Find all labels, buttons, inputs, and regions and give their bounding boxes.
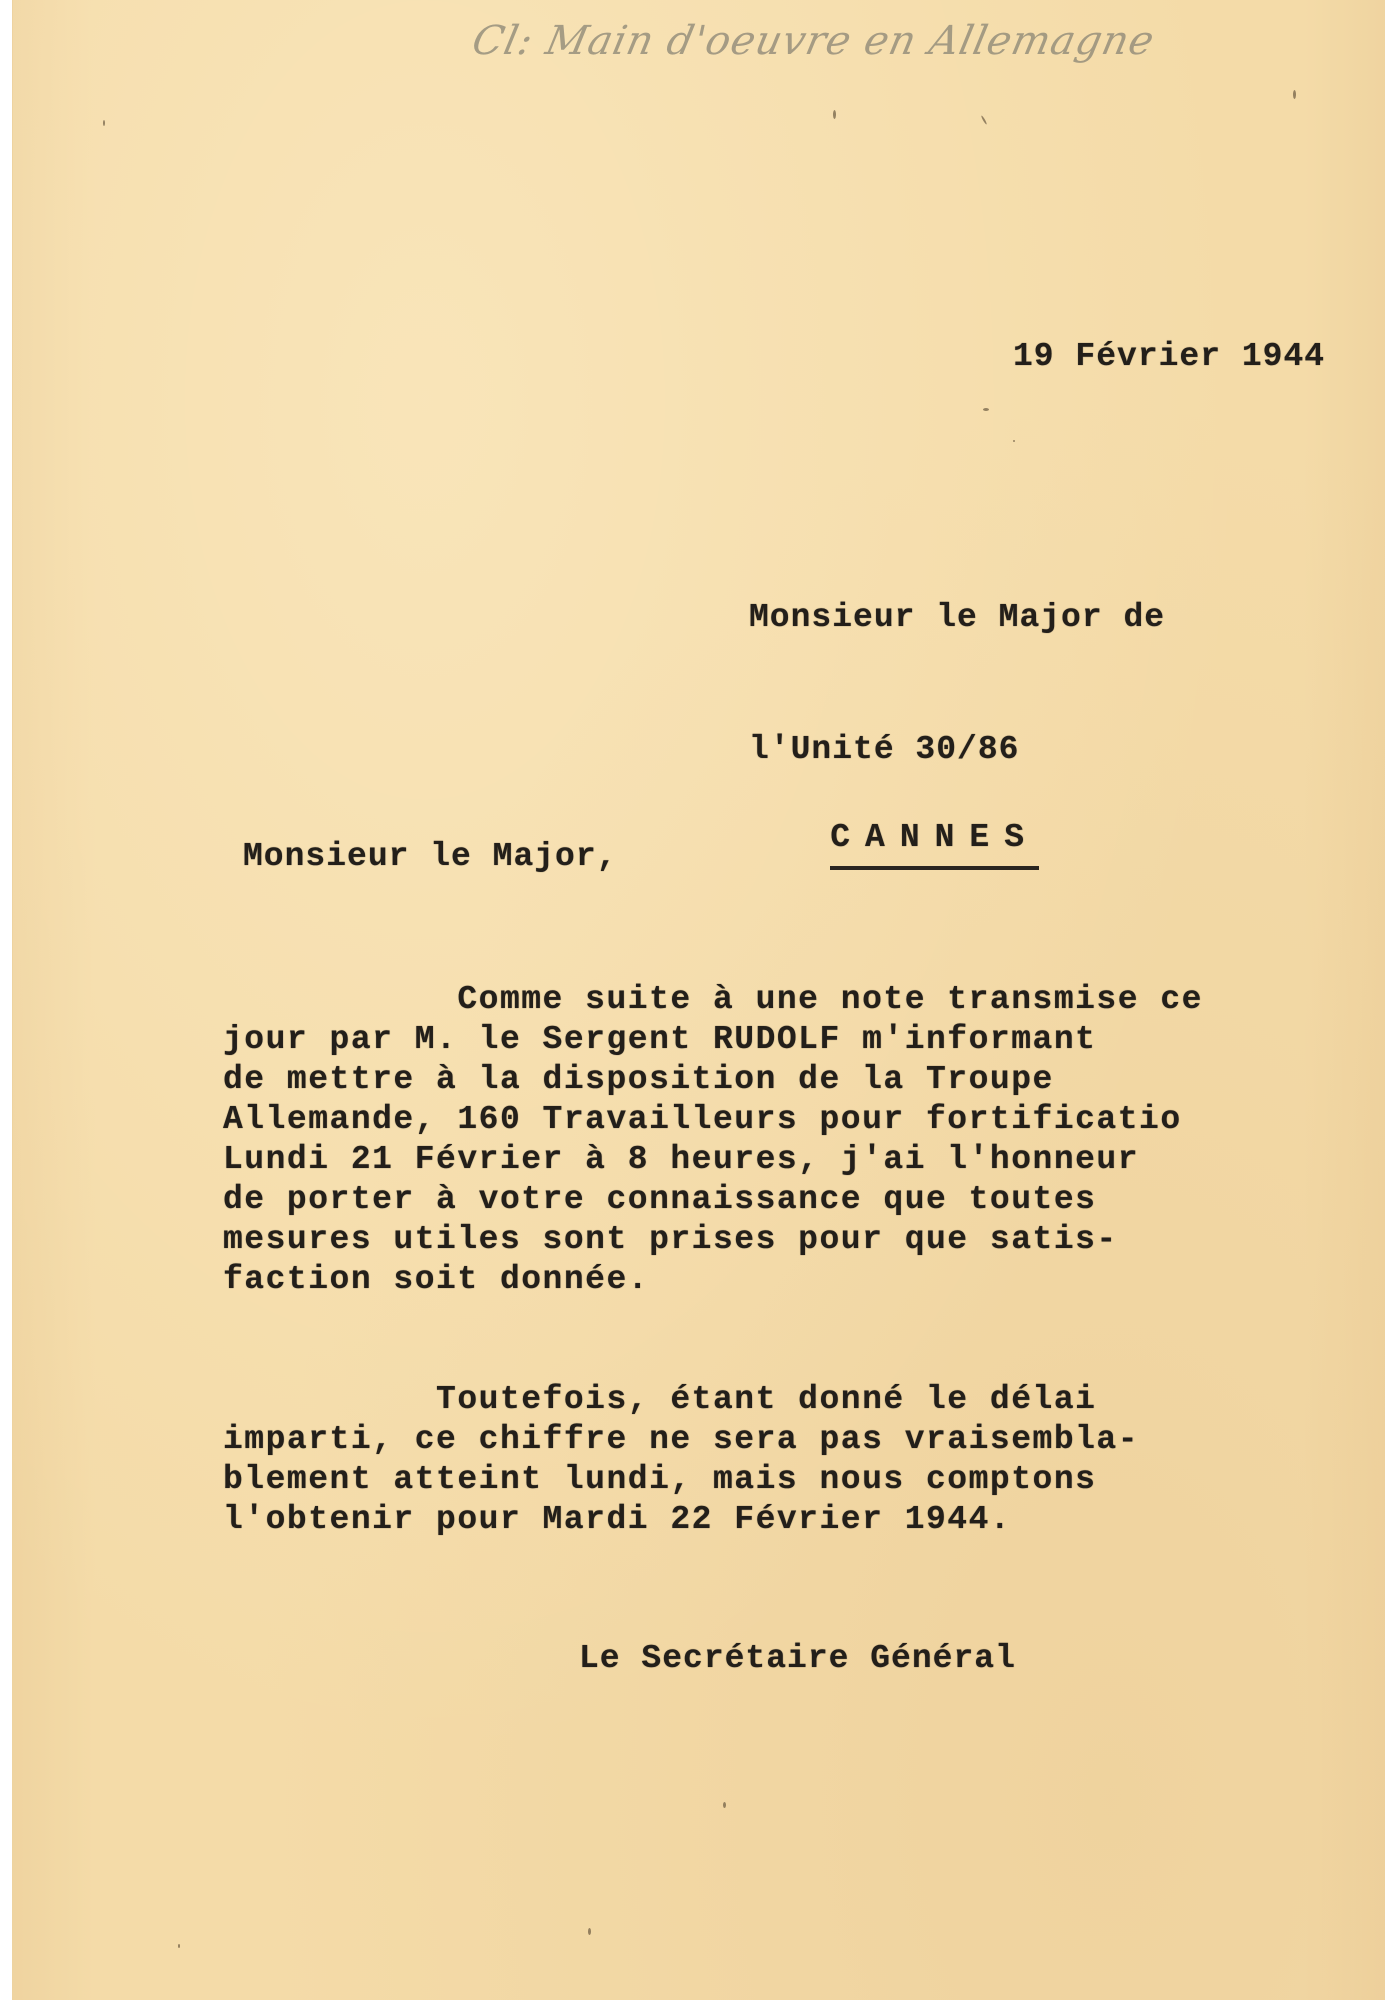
paragraph-line: Toutefois, étant donné le délai (223, 1380, 1139, 1420)
body-paragraph-2: Toutefois, étant donné le délai imparti,… (223, 1380, 1139, 1540)
paper-speck (983, 408, 989, 411)
paper-speck (103, 120, 105, 126)
paragraph-line: mesures utiles sont prises pour que sati… (223, 1220, 1203, 1260)
paragraph-line: blement atteint lundi, mais nous compton… (223, 1460, 1139, 1500)
signature-line: Le Secrétaire Général (579, 1640, 1016, 1677)
letter-page: Cl: Main d'oeuvre en Allemagne 19 Févrie… (12, 0, 1385, 2000)
paragraph-line: jour par M. le Sergent RUDOLF m'informan… (223, 1020, 1203, 1060)
paper-speck (1293, 90, 1296, 99)
paragraph-line: imparti, ce chiffre ne sera pas vraisemb… (223, 1420, 1139, 1460)
paragraph-line: Lundi 21 Février à 8 heures, j'ai l'honn… (223, 1140, 1203, 1180)
letter-date: 19 Février 1944 (1013, 338, 1325, 375)
paper-speck (981, 115, 988, 125)
paragraph-line: Allemande, 160 Travailleurs pour fortifi… (223, 1100, 1203, 1140)
recipient-city: CANNES (830, 816, 1039, 870)
paragraph-line: de mettre à la disposition de la Troupe (223, 1060, 1203, 1100)
recipient-line-1: Monsieur le Major de (749, 596, 1165, 640)
paper-speck (178, 1944, 180, 1948)
salutation: Monsieur le Major, (243, 838, 617, 875)
paragraph-line: l'obtenir pour Mardi 22 Février 1944. (223, 1500, 1139, 1540)
paper-speck (588, 1928, 591, 1935)
paragraph-line: faction soit donnée. (223, 1260, 1203, 1300)
paper-speck (723, 1802, 726, 1808)
handwritten-classification-note: Cl: Main d'oeuvre en Allemagne (468, 18, 1159, 64)
paragraph-line: de porter à votre connaissance que toute… (223, 1180, 1203, 1220)
recipient-line-2: l'Unité 30/86 (749, 728, 1165, 772)
recipient-address-block: Monsieur le Major de l'Unité 30/86 CANNE… (749, 508, 1165, 914)
paragraph-line: Comme suite à une note transmise ce (223, 980, 1203, 1020)
paper-speck (833, 110, 836, 119)
body-paragraph-1: Comme suite à une note transmise ce jour… (223, 980, 1203, 1300)
paper-speck (1013, 440, 1015, 442)
